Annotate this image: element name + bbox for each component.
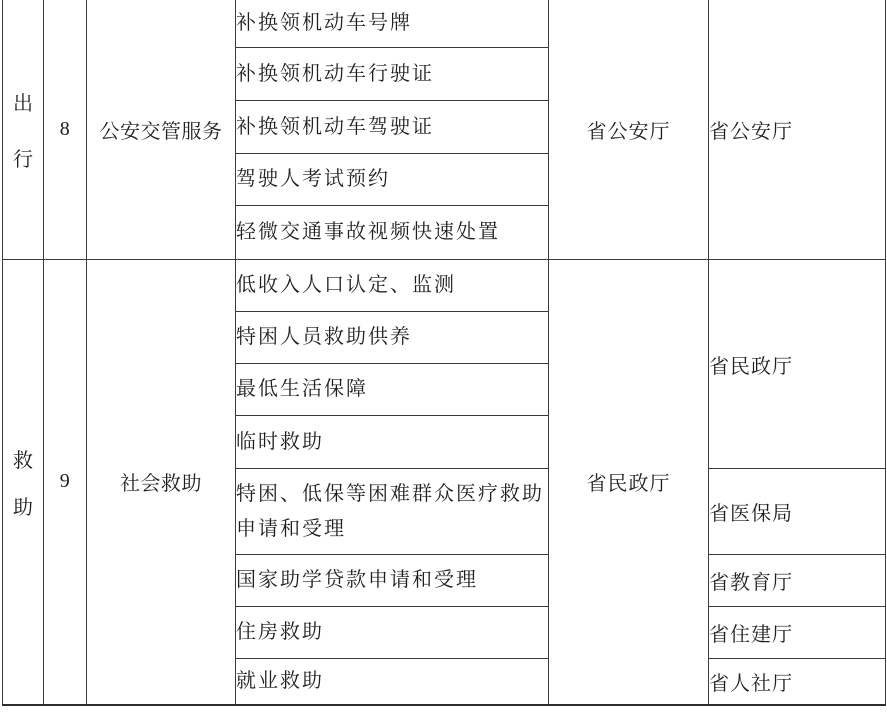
section-8-category-cell: 出 行 [3,0,44,260]
category-char: 助 [13,491,33,520]
section-8-guidance-dept-cell: 省公安厅 [549,0,709,260]
service-item-cell: 补换领机动车号牌 [236,0,549,48]
service-item-cell: 特困、低保等困难群众医疗救助 申请和受理 [236,469,549,555]
section-9-handling-dept-cell: 省人社厅 [709,659,886,705]
service-item-cell: 住房救助 [236,607,549,659]
vertical-category-text: 出 行 [3,87,43,172]
vertical-category-text: 救 助 [3,444,43,520]
section-8-handling-dept-cell: 省公安厅 [709,0,886,260]
section-9-handling-dept-cell: 省民政厅 [709,260,886,469]
section-9-guidance-dept-cell: 省民政厅 [549,260,709,705]
services-table: 出 行 8 公安交管服务 补换领机动车号牌 省公安厅 省公安厅 补换领机动车行驶… [2,0,886,706]
section-9-handling-dept-cell: 省教育厅 [709,555,886,607]
page: 出 行 8 公安交管服务 补换领机动车号牌 省公安厅 省公安厅 补换领机动车行驶… [0,0,887,713]
table-row: 出 行 8 公安交管服务 补换领机动车号牌 省公安厅 省公安厅 [3,0,886,48]
category-char: 出 [13,87,33,116]
section-9-group-cell: 社会救助 [87,260,236,705]
section-9-handling-dept-cell: 省医保局 [709,469,886,555]
service-item-cell: 低收入人口认定、监测 [236,260,549,312]
service-item-cell: 临时救助 [236,416,549,469]
category-char: 行 [13,143,33,172]
service-item-cell: 补换领机动车行驶证 [236,48,549,101]
section-8-index-cell: 8 [44,0,87,260]
table-row: 救 助 9 社会救助 低收入人口认定、监测 省民政厅 省民政厅 [3,260,886,312]
service-item-cell: 最低生活保障 [236,364,549,416]
service-item-cell: 驾驶人考试预约 [236,154,549,206]
section-9-index-cell: 9 [44,260,87,705]
section-9-category-cell: 救 助 [3,260,44,705]
service-item-cell: 特困人员救助供养 [236,312,549,364]
service-item-cell: 就业救助 [236,659,549,705]
category-char: 救 [13,444,33,473]
service-item-cell: 补换领机动车驾驶证 [236,101,549,154]
section-9-handling-dept-cell: 省住建厅 [709,607,886,659]
service-item-cell: 国家助学贷款申请和受理 [236,555,549,607]
section-8-group-cell: 公安交管服务 [87,0,236,260]
service-item-cell: 轻微交通事故视频快速处置 [236,206,549,260]
